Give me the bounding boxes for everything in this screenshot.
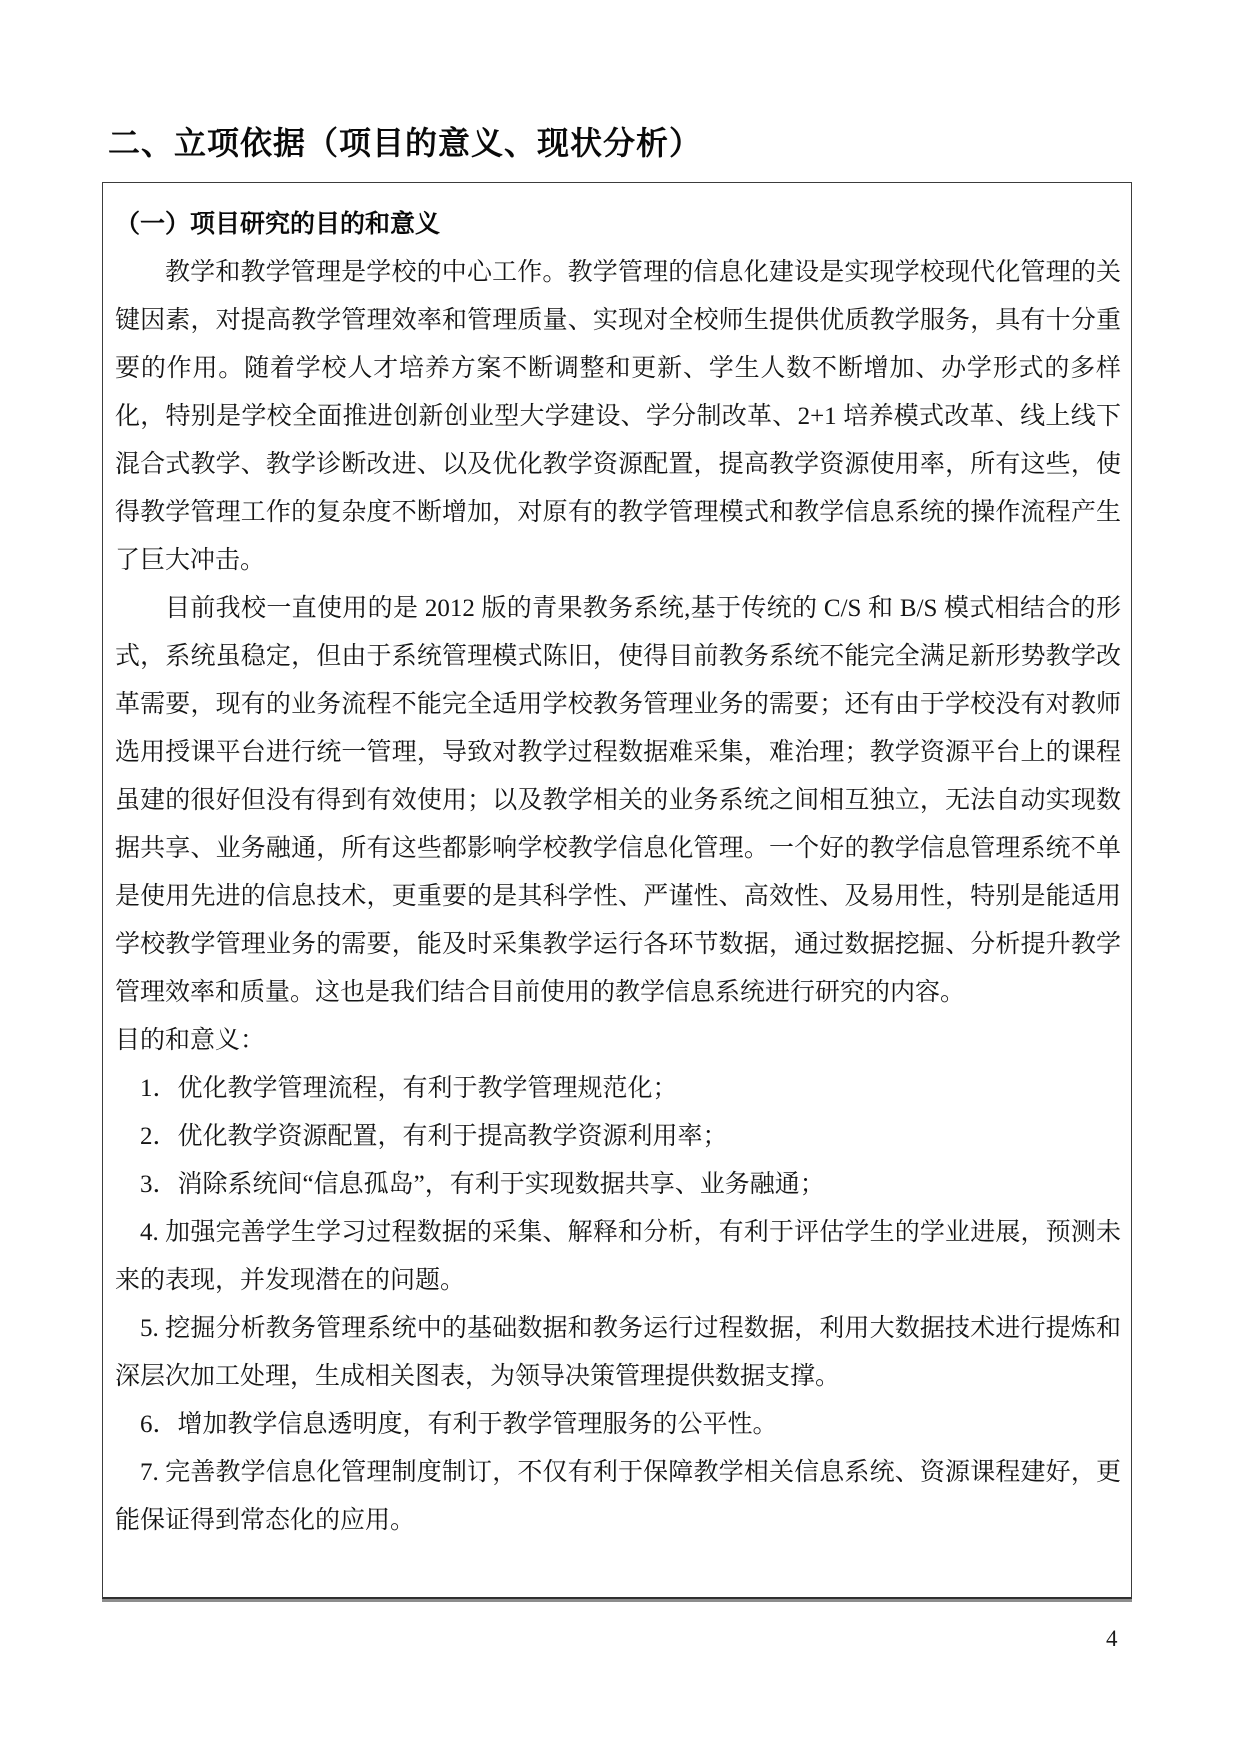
purpose-item-2: 2．优化教学资源配置，有利于提高教学资源利用率； <box>115 1113 1121 1161</box>
purpose-item-4: 4. 加强完善学生学习过程数据的采集、解释和分析，有利于评估学生的学业进展，预测… <box>115 1209 1121 1305</box>
document-page: 二、立项依据（项目的意义、现状分析） （一）项目研究的目的和意义 教学和教学管理… <box>0 0 1240 1753</box>
purpose-item-1: 1．优化教学管理流程，有利于教学管理规范化； <box>115 1065 1121 1113</box>
purpose-item-6: 6．增加教学信息透明度，有利于教学管理服务的公平性。 <box>115 1401 1121 1449</box>
subsection-heading: （一）项目研究的目的和意义 <box>115 201 1121 249</box>
purpose-item-5: 5. 挖掘分析教务管理系统中的基础数据和教务运行过程数据，利用大数据技术进行提炼… <box>115 1305 1121 1401</box>
purpose-label: 目的和意义： <box>115 1017 1121 1065</box>
content-box: （一）项目研究的目的和意义 教学和教学管理是学校的中心工作。教学管理的信息化建设… <box>102 182 1132 1599</box>
page-number: 4 <box>1106 1626 1118 1652</box>
purpose-item-7: 7. 完善教学信息化管理制度制订，不仅有利于保障教学相关信息系统、资源课程建好，… <box>115 1449 1121 1545</box>
purpose-item-3: 3．消除系统间“信息孤岛”，有利于实现数据共享、业务融通； <box>115 1161 1121 1209</box>
paragraph-current-system: 目前我校一直使用的是 2012 版的青果教务系统,基于传统的 C/S 和 B/S… <box>115 585 1121 1017</box>
section-title: 二、立项依据（项目的意义、现状分析） <box>108 118 702 164</box>
paragraph-teaching-management: 教学和教学管理是学校的中心工作。教学管理的信息化建设是实现学校现代化管理的关键因… <box>115 249 1121 585</box>
